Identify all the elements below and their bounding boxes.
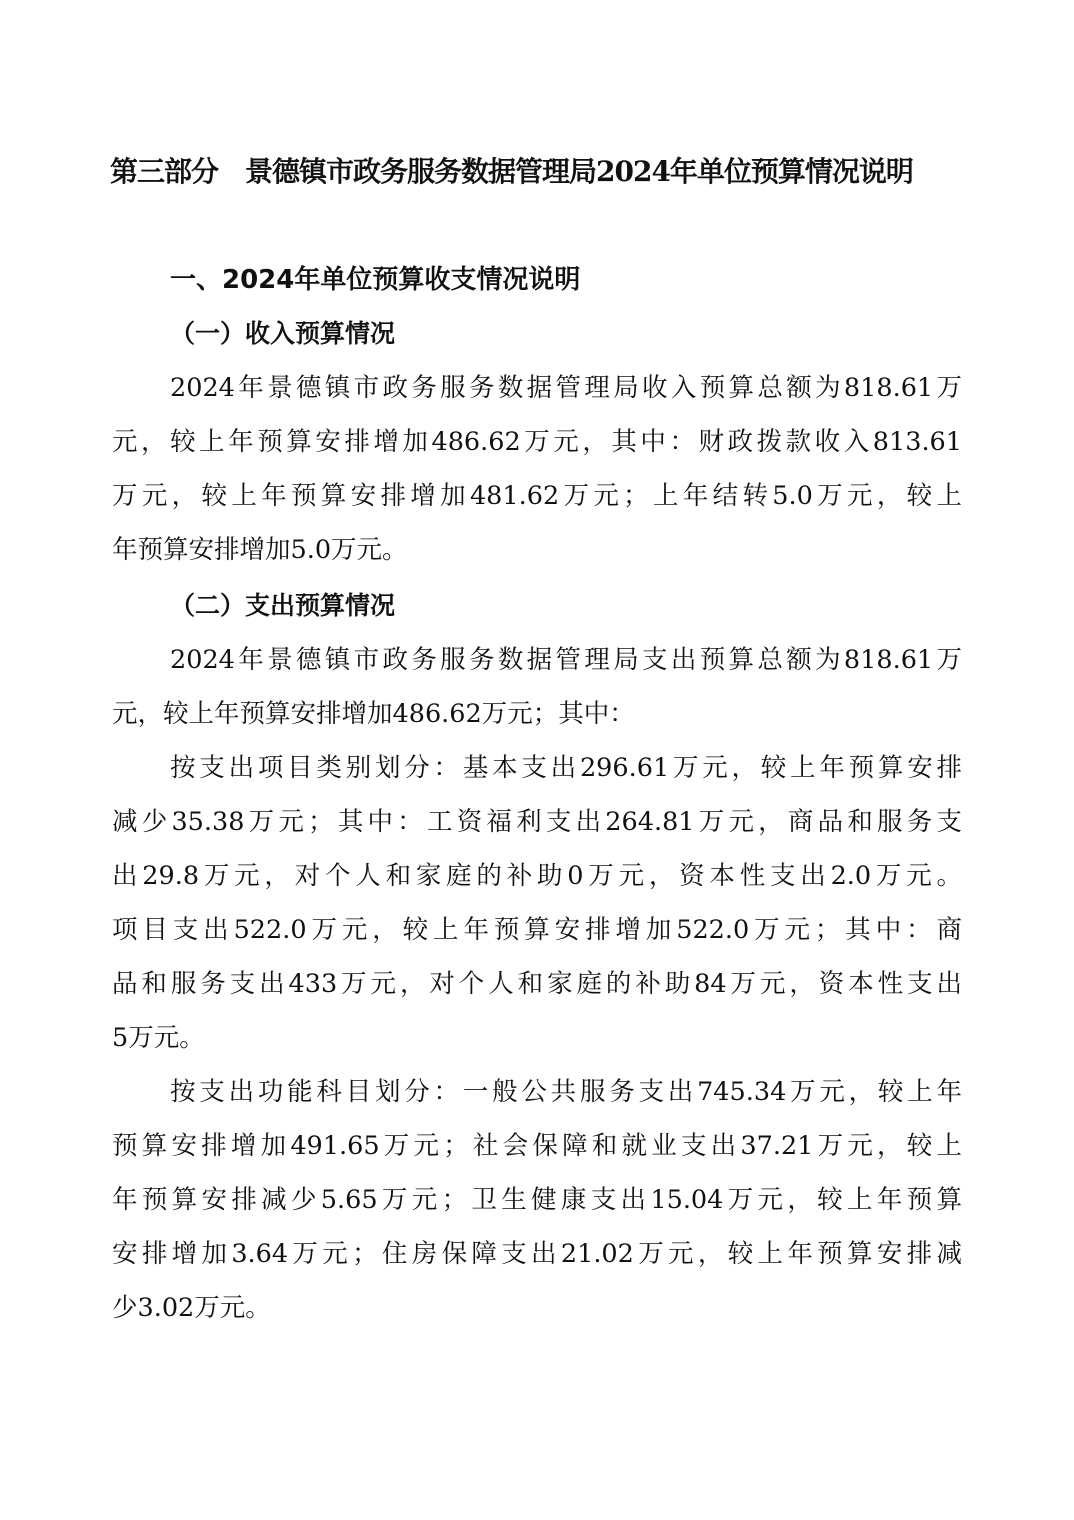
document-page: 第三部分 景德镇市政务服务数据管理局2024年单位预算情况说明 一、2024年单… [0, 0, 1074, 1520]
expenditure-by-category-line: 出29.8万元，对个人和家庭的补助0万元，资本性支出2.0万元。 [112, 852, 962, 900]
expenditure-by-category-line: 按支出项目类别划分：基本支出296.61万元，较上年预算安排 [170, 744, 962, 792]
expenditure-by-function-line: 安排增加3.64万元；住房保障支出21.02万元，较上年预算安排减 [112, 1230, 962, 1278]
section-heading-budget-overview: 一、2024年单位预算收支情况说明 [170, 256, 580, 304]
expenditure-by-function-line: 预算安排增加491.65万元；社会保障和就业支出37.21万元，较上 [112, 1122, 962, 1170]
expenditure-total-line: 元，较上年预算安排增加486.62万元；其中： [112, 690, 962, 738]
expenditure-by-category-line: 品和服务支出433万元，对个人和家庭的补助84万元，资本性支出 [112, 960, 962, 1008]
income-paragraph-line: 2024年景德镇市政务服务数据管理局收入预算总额为818.61万 [170, 364, 962, 412]
subsection-heading-income: （一）收入预算情况 [170, 310, 395, 358]
subsection-heading-expenditure: （二）支出预算情况 [170, 582, 395, 630]
document-title: 第三部分 景德镇市政务服务数据管理局2024年单位预算情况说明 [110, 148, 970, 196]
expenditure-by-category-line: 减少35.38万元；其中：工资福利支出264.81万元，商品和服务支 [112, 798, 962, 846]
expenditure-by-category-line: 5万元。 [112, 1014, 962, 1062]
expenditure-by-function-line: 按支出功能科目划分：一般公共服务支出745.34万元，较上年 [170, 1068, 962, 1116]
expenditure-by-function-line: 少3.02万元。 [112, 1284, 962, 1332]
income-paragraph-line: 元，较上年预算安排增加486.62万元，其中：财政拨款收入813.61 [112, 418, 962, 466]
expenditure-by-category-line: 项目支出522.0万元，较上年预算安排增加522.0万元；其中：商 [112, 906, 962, 954]
income-paragraph-line: 年预算安排增加5.0万元。 [112, 526, 962, 574]
income-paragraph-line: 万元，较上年预算安排增加481.62万元；上年结转5.0万元，较上 [112, 472, 962, 520]
expenditure-by-function-line: 年预算安排减少5.65万元；卫生健康支出15.04万元，较上年预算 [112, 1176, 962, 1224]
expenditure-total-line: 2024年景德镇市政务服务数据管理局支出预算总额为818.61万 [170, 636, 962, 684]
